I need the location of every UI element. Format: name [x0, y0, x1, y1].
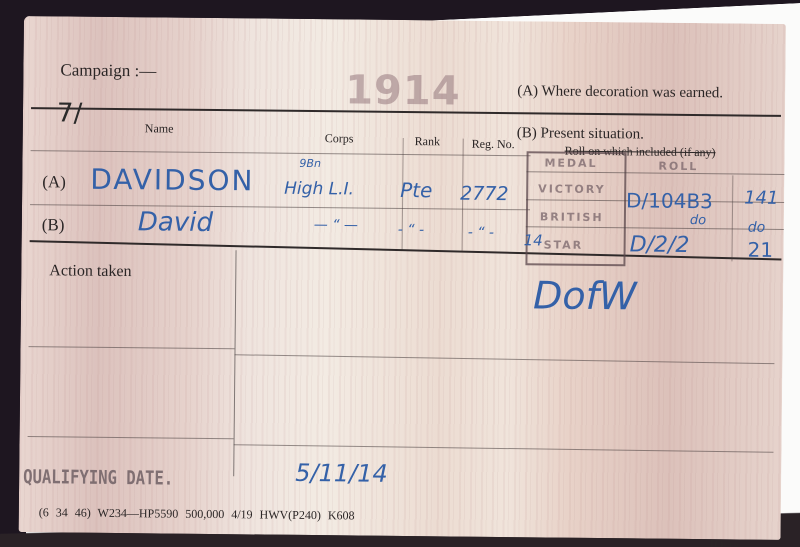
campaign-label: Campaign :— [60, 60, 156, 81]
victory-roll-page: 141 [744, 188, 779, 209]
column-header-corps: Corps [325, 131, 354, 146]
british-page-ditto: do [748, 220, 766, 236]
grid-rule-left-2 [28, 436, 234, 439]
medal-star: STAR [544, 238, 584, 251]
star-prefix: 14 [524, 231, 543, 249]
grid-rule-right-2 [234, 444, 774, 453]
row-b-rank-ditto: - “ - [398, 222, 424, 238]
column-header-reg-no: Reg. No. [472, 137, 515, 152]
british-roll-ditto: do [690, 213, 706, 228]
medal-header: MEDAL [544, 156, 597, 170]
qualifying-date-value: 5/11/14 [295, 459, 388, 488]
row-a-corps: High L.I. [284, 179, 354, 200]
qualifying-date-label: QUALIFYING DATE. [23, 466, 173, 490]
row-b-forename: David [138, 207, 213, 238]
victory-roll-ref: D/104B3 [626, 188, 713, 213]
grid-rule-left-1 [29, 346, 235, 349]
column-header-rank: Rank [415, 134, 440, 149]
medal-index-card: Campaign :— 7/ 1914 (A) Where decoration… [19, 16, 786, 540]
action-taken-value: DofW [533, 273, 637, 318]
row-a-surname: DAVIDSON [90, 163, 255, 198]
medal-british: BRITISH [540, 210, 604, 224]
row-a-label: (A) [42, 172, 66, 192]
row-rule-top [31, 150, 531, 156]
row-b-reg-no-ditto: - “ - [468, 225, 494, 241]
star-roll-page: 21 [747, 238, 773, 262]
medal-roll-box: MEDAL ROLL VICTORY D/104B3 141 BRITISH d… [525, 151, 784, 266]
star-roll-ref: D/2/2 [630, 232, 690, 258]
row-a-reg-no: 2772 [460, 183, 509, 206]
row-b-label: (B) [42, 215, 65, 235]
grid-rule-right-1 [234, 354, 774, 364]
print-codes: (6 34 46) W234—HP5590 500,000 4/19 HWV(P… [39, 505, 355, 523]
action-taken-label: Action taken [49, 262, 131, 281]
year-stamp: 1914 [345, 67, 461, 114]
header-where-earned: (A) Where decoration was earned. [517, 83, 723, 102]
medal-victory: VICTORY [538, 182, 606, 196]
row-a-rank: Pte [400, 178, 432, 202]
column-header-name: Name [145, 121, 174, 136]
row-b-corps-ditto: — “ — [314, 217, 358, 233]
header-present-situation: (B) Present situation. [517, 125, 644, 143]
row-rule-middle [30, 204, 530, 210]
divider-left-column [233, 250, 236, 476]
row-a-battalion: 9Bn [299, 157, 321, 170]
roll-header: ROLL [658, 160, 698, 173]
campaign-value: 7/ [57, 98, 83, 128]
over-note: [Over. [710, 537, 742, 547]
medal-page-divider [731, 175, 733, 261]
